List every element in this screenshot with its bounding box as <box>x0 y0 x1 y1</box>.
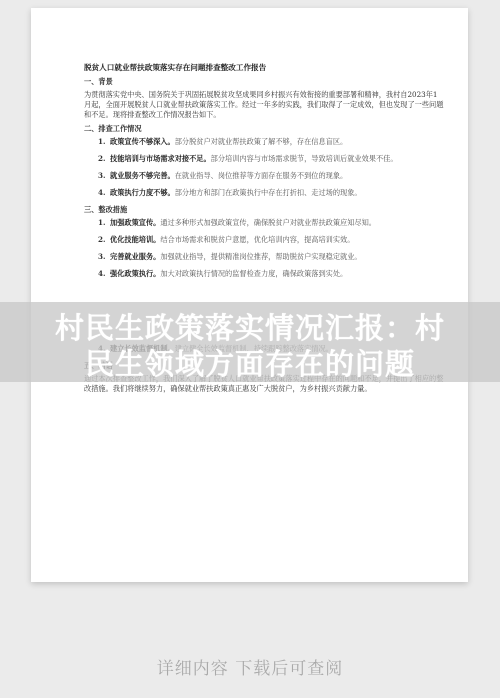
list-item: 4. 政策执行力度不够。部分地方和部门在政策执行中存在打折扣、走过场的现象。 <box>98 188 444 198</box>
item-text: 部分地方和部门在政策执行中存在打折扣、走过场的现象。 <box>175 188 362 197</box>
document-title: 脱贫人口就业帮扶政策落实存在问题排查整改工作报告 <box>84 63 444 73</box>
section-heading-rectification: 三、整改措施 <box>84 205 444 215</box>
item-text: 部分培训内容与市场需求脱节，导致培训后就业效果不佳。 <box>211 154 398 163</box>
list-item: 3. 完善就业服务。加强就业指导，提供精准岗位推荐，帮助脱贫户实现稳定就业。 <box>98 252 444 262</box>
item-lead: 政策执行力度不够。 <box>110 188 175 197</box>
list-item: 4. 强化政策执行。加大对政策执行情况的监督检查力度，确保政策落到实处。 <box>98 269 444 279</box>
item-text: 加大对政策执行情况的监督检查力度，确保政策落到实处。 <box>160 269 347 278</box>
overlay-title-line2: 民生领域方面存在的问题 <box>0 346 500 382</box>
list-item: 3. 就业服务不够完善。在就业指导、岗位推荐等方面存在服务不到位的现象。 <box>98 171 444 181</box>
section-heading-background: 一、背景 <box>84 77 444 87</box>
item-lead: 完善就业服务。 <box>110 252 160 261</box>
background-paragraph: 为贯彻落实党中央、国务院关于巩固拓展脱贫攻坚成果同乡村振兴有效衔接的重要部署和精… <box>84 90 444 120</box>
item-number: 3. <box>98 171 110 181</box>
list-item: 1. 政策宣传不够深入。部分脱贫户对就业帮扶政策了解不够，存在信息盲区。 <box>98 137 444 147</box>
overlay-title-line1: 村民生政策落实情况汇报：村 <box>0 310 500 346</box>
overlay-title: 村民生政策落实情况汇报：村 民生领域方面存在的问题 <box>0 310 500 382</box>
section-heading-inspection: 二、排查工作情况 <box>84 124 444 134</box>
item-text: 在就业指导、岗位推荐等方面存在服务不到位的现象。 <box>175 171 348 180</box>
document-page: 脱贫人口就业帮扶政策落实存在问题排查整改工作报告 一、背景 为贯彻落实党中央、国… <box>31 8 468 582</box>
item-number: 1. <box>98 218 110 228</box>
item-lead: 加强政策宣传。 <box>110 218 160 227</box>
download-hint[interactable]: 详细内容 下载后可查阅 <box>0 654 500 679</box>
item-number: 2. <box>98 235 110 245</box>
item-number: 1. <box>98 137 110 147</box>
item-number: 3. <box>98 252 110 262</box>
item-lead: 政策宣传不够深入。 <box>110 137 175 146</box>
list-item: 1. 加强政策宣传。通过多种形式加强政策宣传，确保脱贫户对就业帮扶政策应知尽知。 <box>98 218 444 228</box>
item-text: 加强就业指导，提供精准岗位推荐，帮助脱贫户实现稳定就业。 <box>160 252 361 261</box>
list-item: 2. 优化技能培训。结合市场需求和脱贫户意愿，优化培训内容，提高培训实效。 <box>98 235 444 245</box>
item-lead: 强化政策执行。 <box>110 269 160 278</box>
item-text: 结合市场需求和脱贫户意愿，优化培训内容，提高培训实效。 <box>160 235 354 244</box>
list-item: 2. 技能培训与市场需求对接不足。部分培训内容与市场需求脱节，导致培训后就业效果… <box>98 154 444 164</box>
item-number: 4. <box>98 269 110 279</box>
item-text: 部分脱贫户对就业帮扶政策了解不够，存在信息盲区。 <box>175 137 348 146</box>
item-lead: 技能培训与市场需求对接不足。 <box>110 154 211 163</box>
item-number: 4. <box>98 188 110 198</box>
item-lead: 优化技能培训。 <box>110 235 160 244</box>
item-text: 通过多种形式加强政策宣传，确保脱贫户对就业帮扶政策应知尽知。 <box>160 218 376 227</box>
item-number: 2. <box>98 154 110 164</box>
item-lead: 就业服务不够完善。 <box>110 171 175 180</box>
